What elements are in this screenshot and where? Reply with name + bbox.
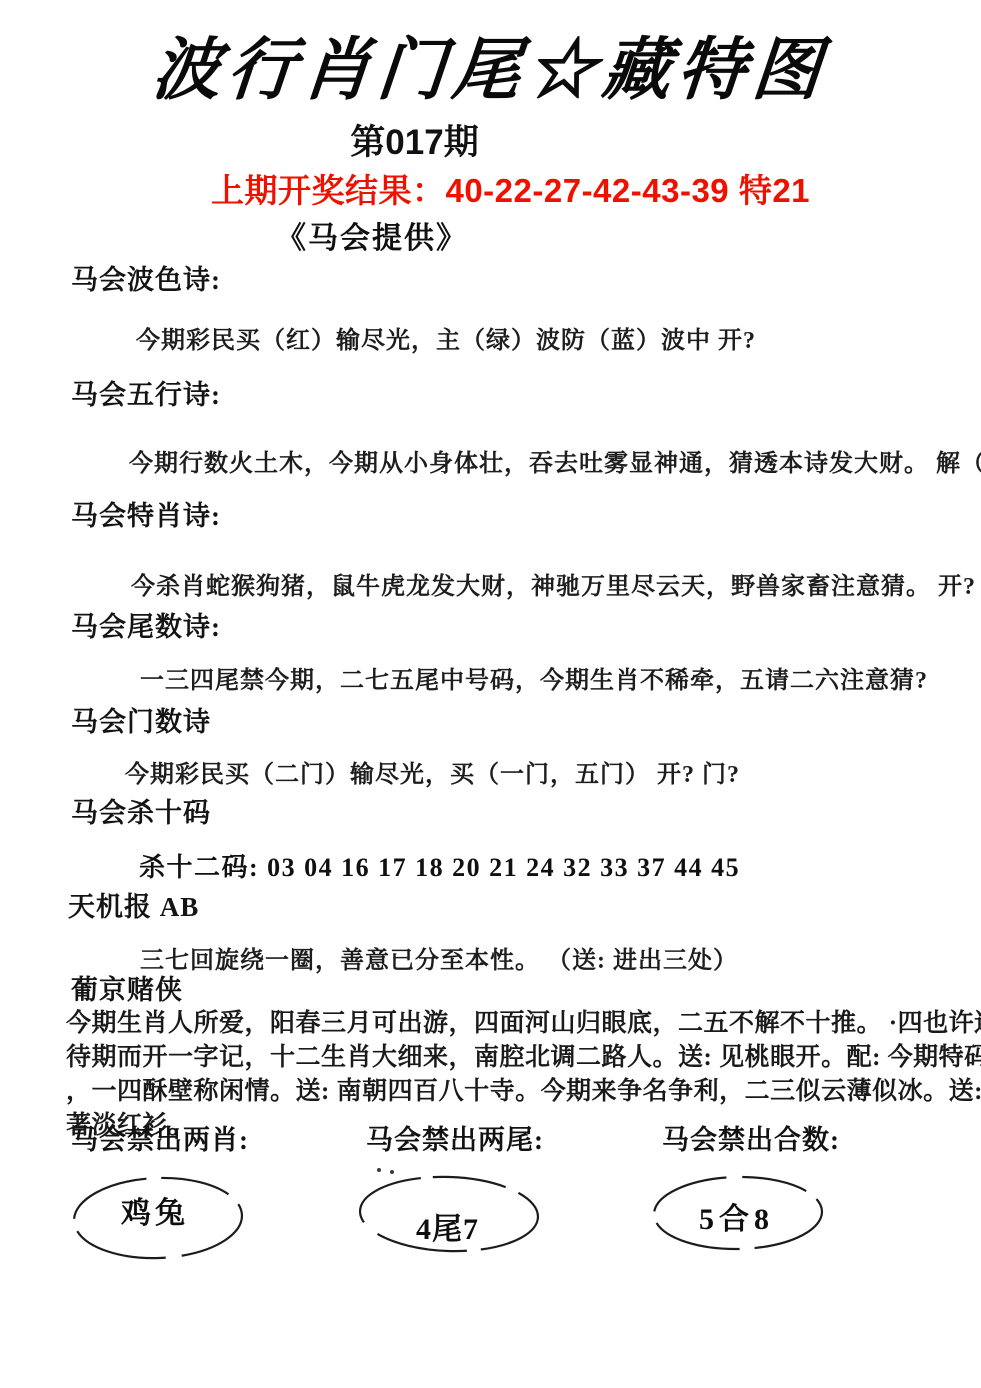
provider-line: 《马会提供》	[276, 213, 468, 257]
ban-label-zodiac: 马会禁出两肖:	[71, 1118, 249, 1157]
poem-tianjibao: 三七回旋绕一圈，善意已分至本性。 （送: 进出三处）	[140, 940, 738, 975]
pujing-line-3: ，一四酥壁称闲情。送: 南朝四百八十寺。今期来争名争利，二三似云薄似冰。送: 水…	[66, 1071, 936, 1107]
ban-value-tail: 4尾7	[416, 1204, 479, 1248]
section-heading-shashima: 马会杀十码	[71, 791, 211, 830]
poem-weishu: 一三四尾禁今期，二七五尾中号码，今期生肖不稀牵，五请二六注意猜?	[140, 660, 928, 695]
pujing-line-2: 待期而开一字记，十二生肖大细来，南腔北调二路人。送: 见桃眼开。配: 今期特码除…	[66, 1037, 936, 1073]
section-heading-weishu: 马会尾数诗:	[71, 605, 221, 644]
ban-label-sum: 马会禁出合数:	[662, 1118, 840, 1157]
print-artifact-dots	[377, 1168, 381, 1172]
kill-twelve-numbers: 杀十二码: 03 04 16 17 18 20 21 24 32 33 37 4…	[139, 847, 740, 884]
ban-value-sum: 5合8	[699, 1194, 774, 1238]
poem-menshu: 今期彩民买（二门）输尽光，买（一门，五门） 开? 门?	[125, 754, 740, 789]
poem-bose: 今期彩民买（红）输尽光，主（绿）波防（蓝）波中 开?	[136, 320, 756, 355]
page-title: 波行肖门尾☆藏特图	[0, 16, 981, 113]
last-draw-result: 上期开奖结果：40-22-27-42-43-39 特21	[20, 165, 981, 212]
section-heading-menshu: 马会门数诗	[71, 700, 211, 739]
section-heading-bose: 马会波色诗:	[71, 258, 221, 297]
pujing-line-1: 今期生肖人所爱，阳春三月可出游，四面河山归眼底，二五不解不十推。 ·四也许还是五…	[66, 1003, 936, 1039]
issue-number: 第017期	[0, 115, 905, 165]
section-heading-pujing: 葡京赌侠	[71, 968, 183, 1007]
lottery-tip-sheet: 波行肖门尾☆藏特图 第017期 上期开奖结果：40-22-27-42-43-39…	[0, 0, 981, 1388]
section-heading-wuxing: 马会五行诗:	[71, 373, 221, 412]
poem-wuxing: 今期行数火土木，今期从小身体壮，吞去吐雾显神通，猜透本诗发大财。 解（?）	[129, 443, 981, 478]
section-heading-texiao: 马会特肖诗:	[71, 494, 221, 533]
poem-texiao: 今杀肖蛇猴狗猪，鼠牛虎龙发大财，神驰万里尽云天，野兽家畜注意猜。 开?	[131, 566, 976, 601]
section-heading-tianjibao: 天机报 AB	[68, 885, 199, 924]
ban-value-zodiac: 鸡兔	[121, 1188, 189, 1232]
ban-label-tail: 马会禁出两尾:	[366, 1118, 544, 1157]
